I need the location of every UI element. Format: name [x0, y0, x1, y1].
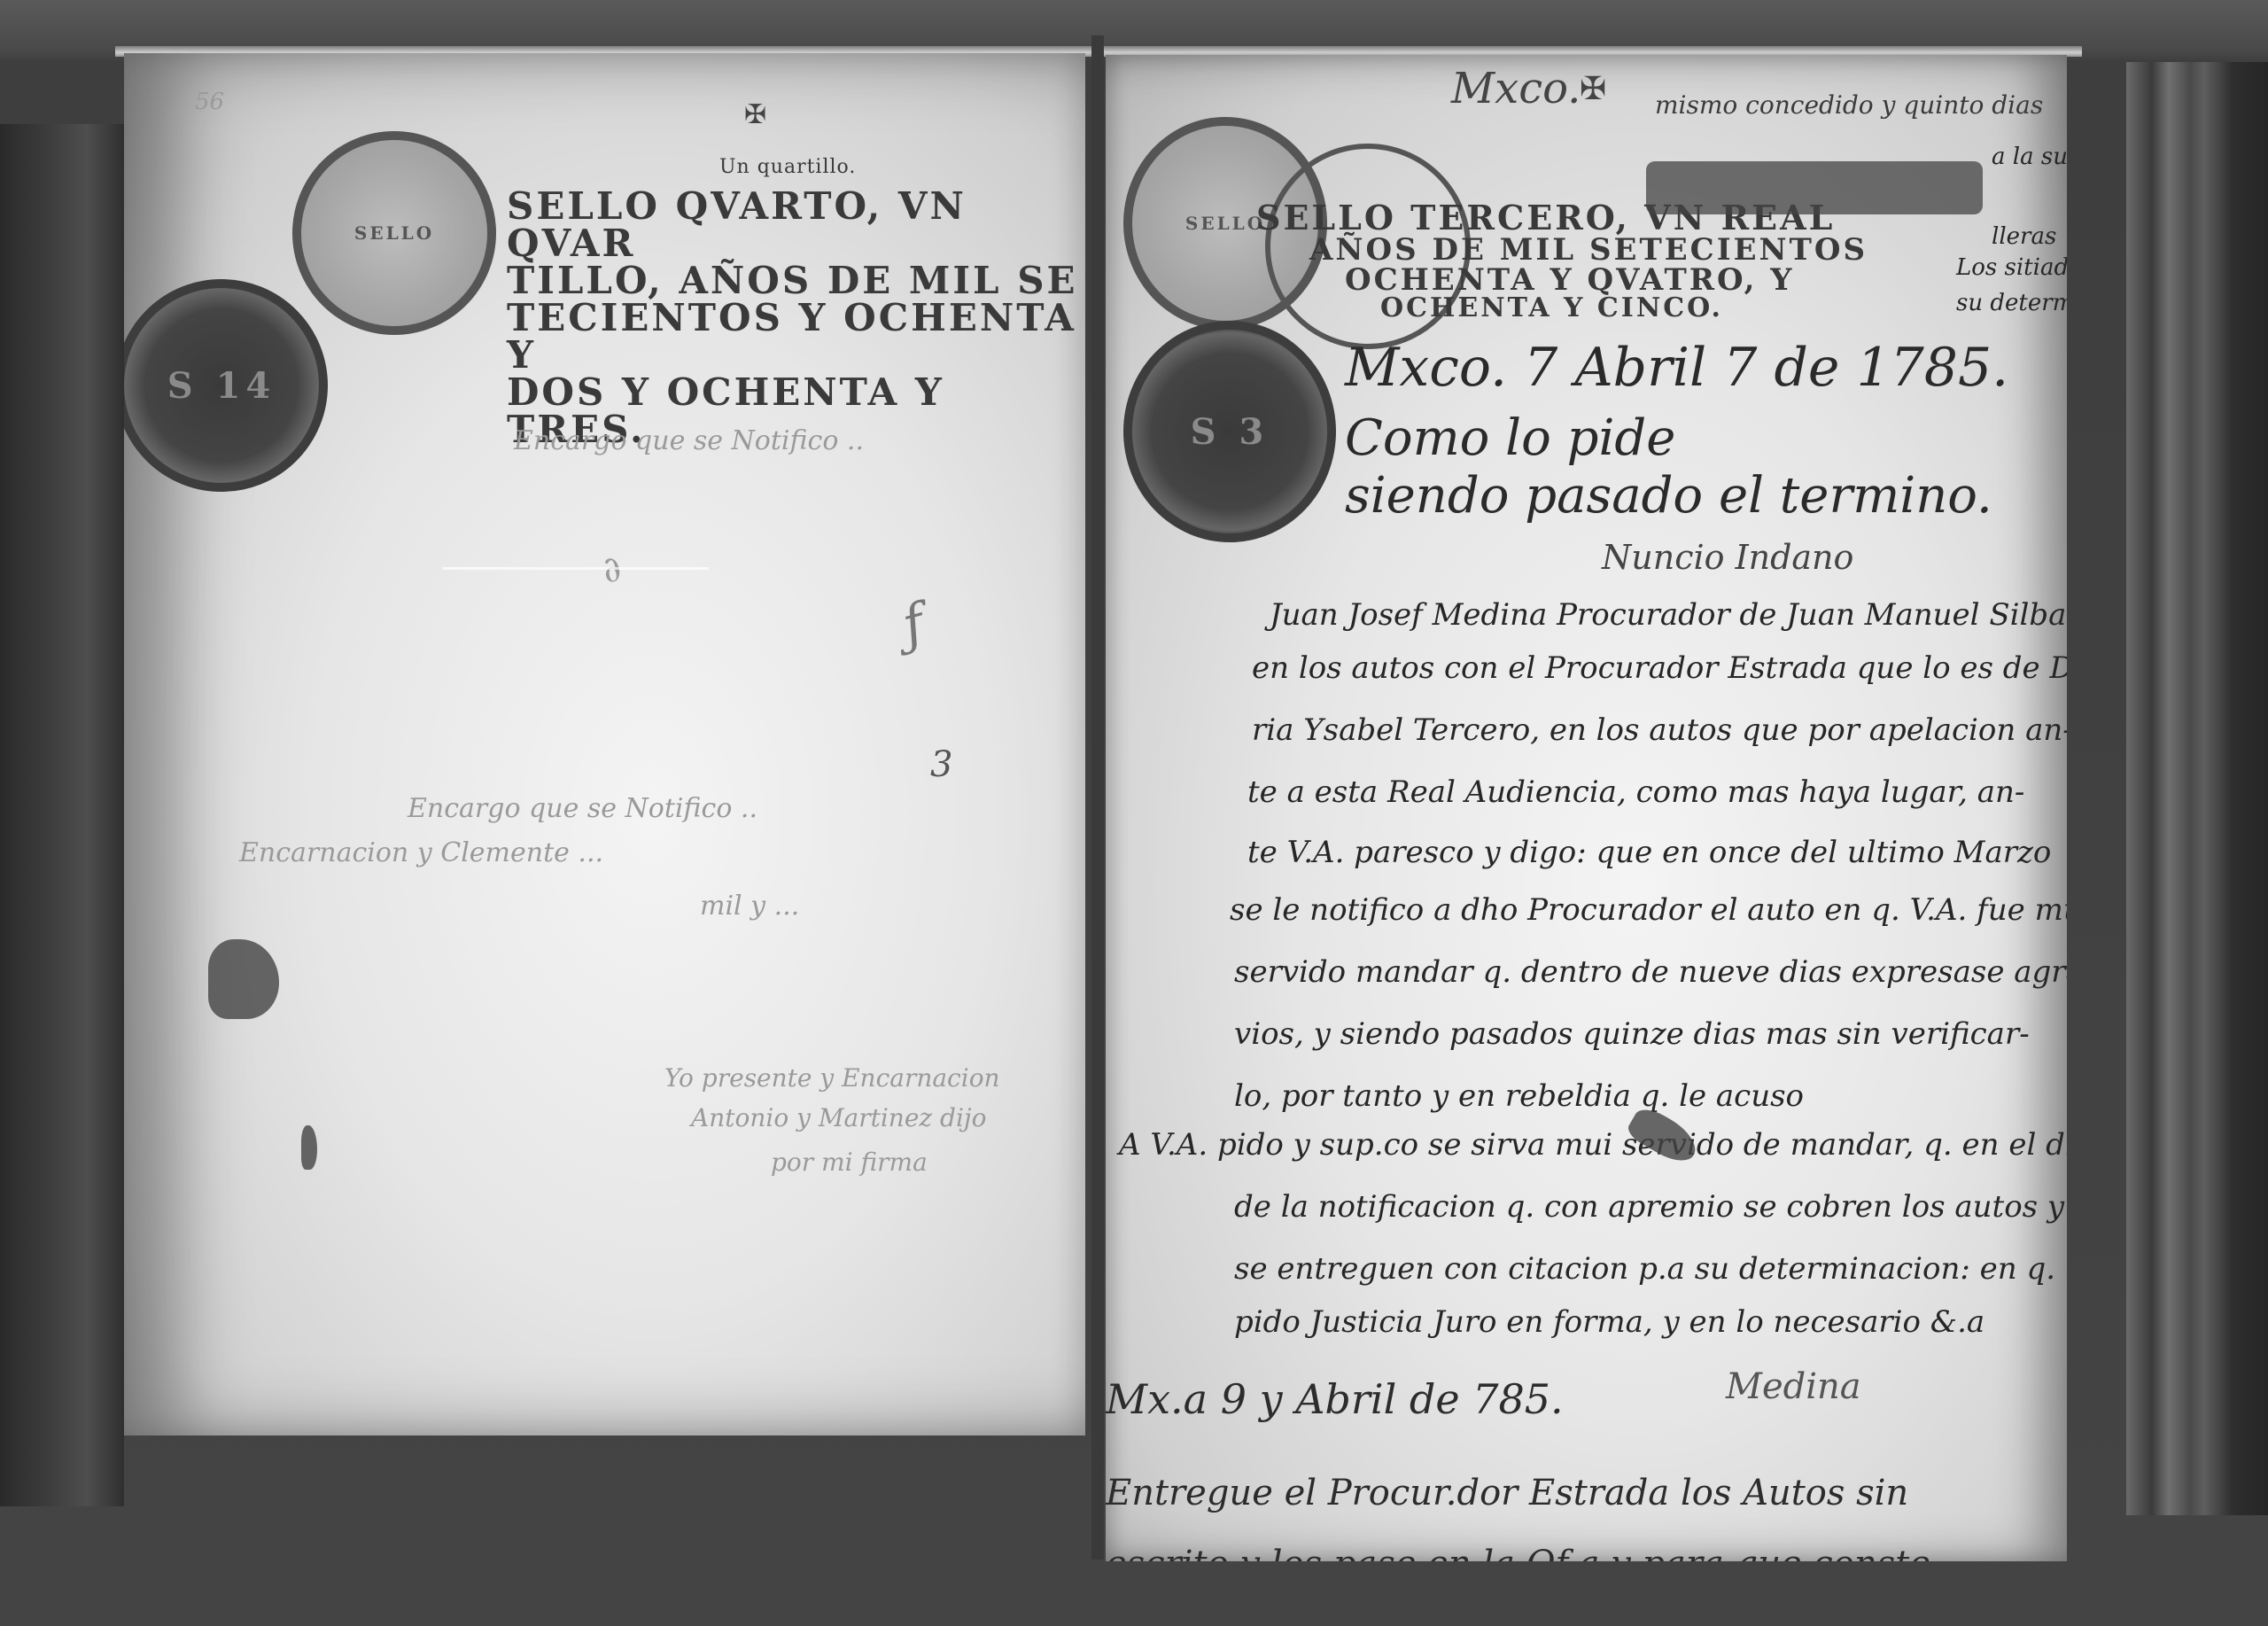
margin-numeral: 3	[930, 744, 952, 785]
header-line: TILLO, AÑOS DE MIL SE	[507, 262, 1085, 300]
ink-scribble	[1646, 161, 1983, 214]
left-page: 56 ✠ SELLO S 14 Un quartillo. SELLO QVAR…	[124, 53, 1085, 1435]
header-line: SELLO QVARTO, VN QVAR	[507, 188, 1085, 262]
petition-line: se entreguen con citacion p.a su determi…	[1234, 1251, 2055, 1287]
municipal-seal-stamp: S 3	[1123, 321, 1336, 542]
annotation-line: su determinacion	[1956, 290, 2067, 316]
municipal-seal-stamp: S 14	[124, 279, 328, 492]
heading-line: Como lo pide	[1345, 409, 1675, 467]
faint-note: Antonio y Martinez dijo	[691, 1103, 986, 1132]
stamp-label: S 14	[167, 365, 276, 407]
decree-line: escrito y los pase en la Of.a y para que…	[1106, 1544, 1930, 1561]
signature-bottom: Medina	[1726, 1366, 1861, 1407]
faint-flourish: ∂	[596, 548, 627, 592]
annotation-line: Los sitiados	[1956, 254, 2067, 281]
faint-note: por mi firma	[771, 1148, 928, 1177]
decree-date: Mx.a 9 y Abril de 785.	[1106, 1375, 1564, 1423]
book-gutter	[1091, 35, 1104, 1560]
annotation-mxco: Mxco.	[1451, 64, 1581, 113]
signature-top: Nuncio Indano	[1602, 538, 1853, 577]
body-line: vios, y siendo pasados quinze dias mas s…	[1234, 1016, 2030, 1052]
folio-mark: 56	[195, 89, 224, 115]
date-heading: Mxco. 7 Abril 7 de 1785.	[1345, 337, 2008, 399]
fold-crease	[443, 567, 709, 570]
right-page: Mxco. ✠ mismo concedido y quinto dias a …	[1106, 55, 2067, 1561]
book-right-page-stack	[2126, 62, 2268, 1515]
ink-blot	[208, 939, 279, 1019]
header-line: OCHENTA Y QVATRO, Y	[1345, 265, 1868, 295]
body-line: servido mandar q. dentro de nueve dias e…	[1234, 954, 2067, 990]
body-line: te V.A. paresco y digo: que en once del …	[1247, 835, 2051, 870]
faint-note: Yo presente y Encarnacion	[664, 1063, 1000, 1093]
faint-note: mil y ...	[700, 891, 799, 922]
header-line: AÑOS DE MIL SETECIENTOS	[1309, 235, 1868, 265]
petition-line: A V.A. pido y sup.co se sirva mui servid…	[1119, 1127, 2067, 1163]
body-line: ria Ysabel Tercero, en los autos que por…	[1252, 712, 2067, 748]
annotation-line: mismo concedido y quinto dias	[1655, 90, 2043, 120]
faint-note: Encarnacion y Clemente ...	[239, 837, 603, 868]
printed-seal-header: SELLO TERCERO, VN REAL AÑOS DE MIL SETEC…	[1256, 201, 1868, 322]
stamp-label: SELLO	[354, 222, 434, 244]
stamp-label: SELLO	[1185, 213, 1265, 234]
printed-seal-header: Un quartillo. SELLO QVARTO, VN QVAR TILL…	[507, 158, 1085, 448]
petition-line: pido Justicia Juro en forma, y en lo nec…	[1234, 1304, 1984, 1340]
body-line: lo, por tanto y en rebeldia q. le acuso	[1234, 1078, 1804, 1114]
heading-line: siendo pasado el termino.	[1345, 467, 1992, 525]
body-line: se le notifico a dho Procurador el auto …	[1230, 892, 2067, 928]
stamp-label: S 3	[1191, 411, 1270, 453]
royal-seal-stamp: SELLO	[292, 131, 496, 335]
pen-flourish: ƒ	[896, 592, 931, 657]
ink-blot	[301, 1125, 317, 1170]
faint-note: Encargo que se Notifico ..	[408, 793, 757, 824]
decree-line: Entregue el Procur.dor Estrada los Autos…	[1106, 1473, 1908, 1513]
faint-note: Encargo que se Notifico ..	[514, 425, 864, 456]
cross-icon: ✠	[1580, 71, 1606, 107]
annotation-line: lleras	[1992, 223, 2056, 250]
annotation-line: a la su	[1992, 144, 2067, 170]
cross-icon: ✠	[744, 99, 766, 130]
header-line: TECIENTOS Y OCHENTA Y	[507, 300, 1085, 374]
body-line: te a esta Real Audiencia, como mas haya …	[1247, 774, 2024, 810]
petition-line: de la notificacion q. con apremio se cob…	[1234, 1189, 2064, 1225]
header-line: OCHENTA Y CINCO.	[1380, 295, 1868, 322]
book-left-edge	[0, 124, 124, 1506]
header-small-line: Un quartillo.	[719, 158, 1085, 177]
body-line: Juan Josef Medina Procurador de Juan Man…	[1270, 597, 2066, 633]
body-line: en los autos con el Procurador Estrada q…	[1252, 650, 2067, 686]
